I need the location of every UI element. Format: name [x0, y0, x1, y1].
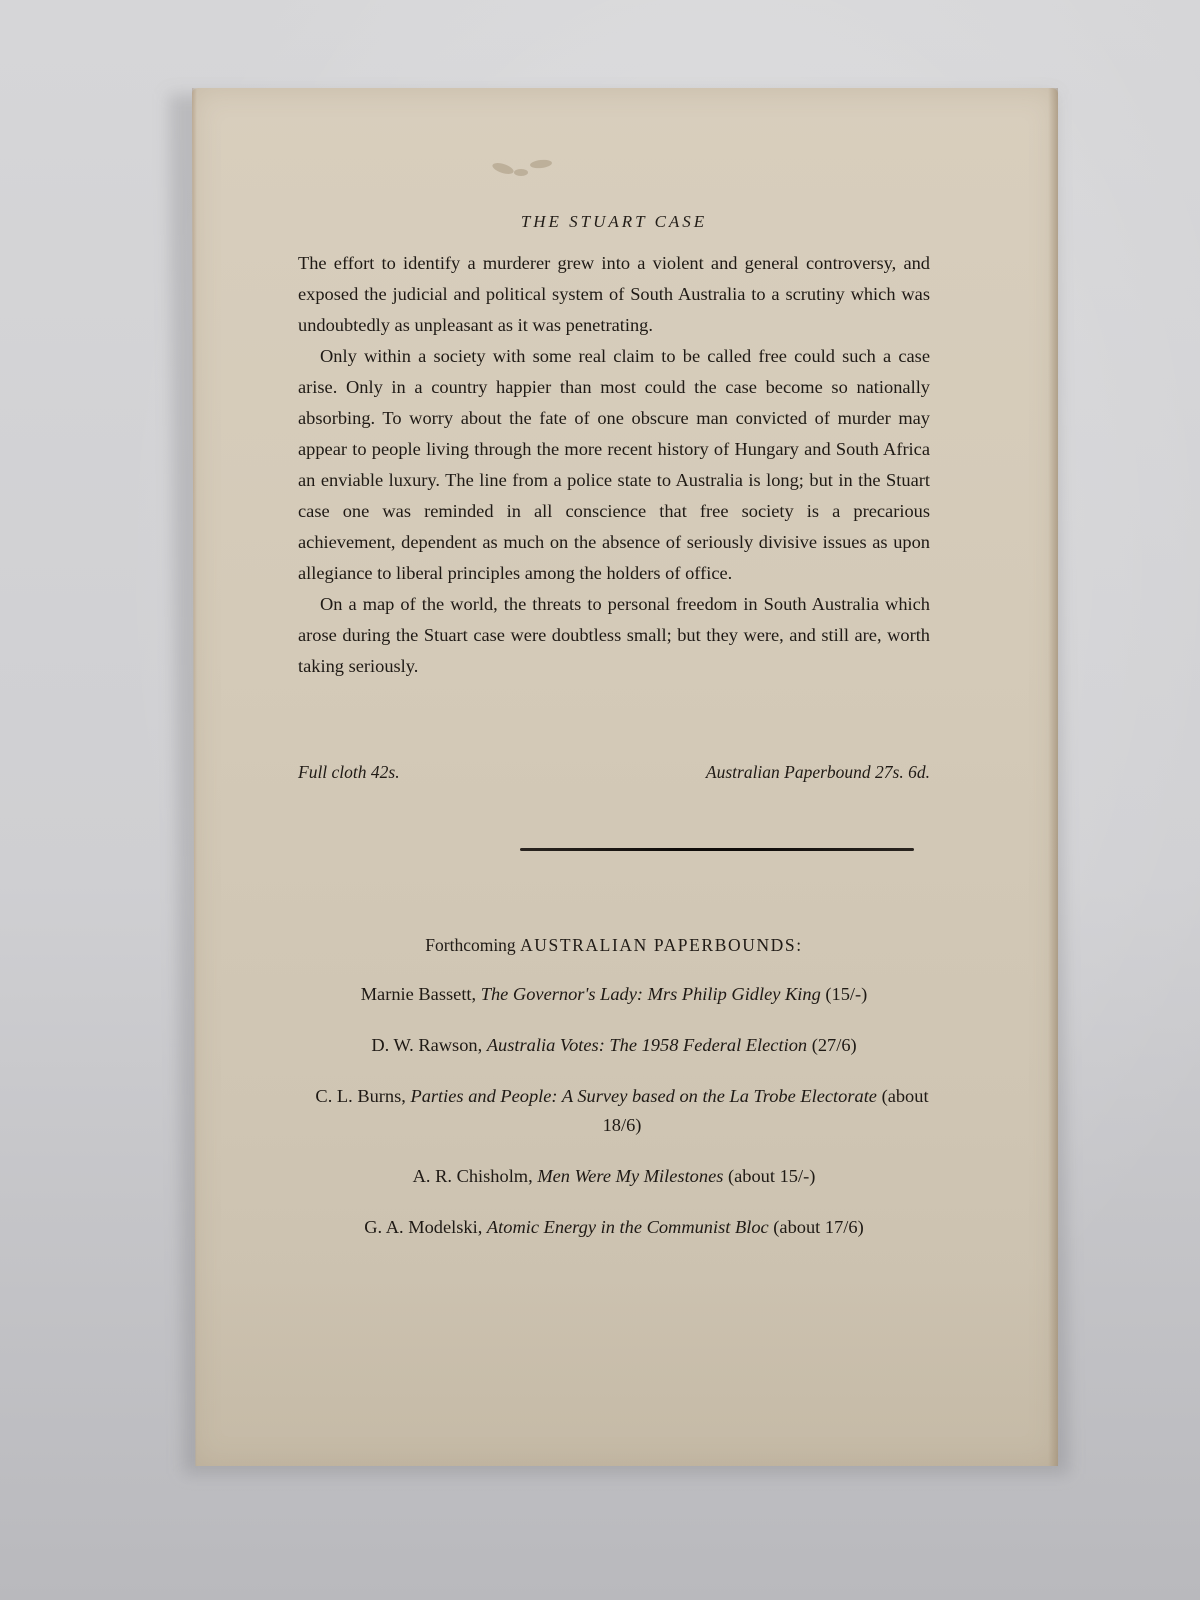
book-title: Australia Votes: The 1958 Federal Electi… [487, 1035, 807, 1055]
book-author: Marnie Bassett, [361, 984, 476, 1004]
forthcoming-heading: Forthcoming AUSTRALIAN PAPERBOUNDS: [298, 935, 930, 956]
list-item: A. R. Chisholm, Men Were My Milestones (… [284, 1162, 944, 1191]
stain-marks [492, 158, 562, 180]
book-title-heading: THE STUART CASE [298, 212, 930, 232]
book-title: Parties and People: A Survey based on th… [410, 1086, 877, 1106]
book-author: G. A. Modelski, [364, 1217, 482, 1237]
series-name: AUSTRALIAN PAPERBOUNDS: [520, 935, 803, 955]
forthcoming-list: Marnie Bassett, The Governor's Lady: Mrs… [284, 980, 944, 1264]
blurb: The effort to identify a murderer grew i… [298, 248, 930, 682]
book-price: (about 15/-) [728, 1166, 815, 1186]
book-price: (27/6) [812, 1035, 857, 1055]
book-author: C. L. Burns, [315, 1086, 405, 1106]
price-paperbound: Australian Paperbound 27s. 6d. [706, 762, 930, 783]
book-author: D. W. Rawson, [371, 1035, 482, 1055]
book-price: (about 17/6) [773, 1217, 863, 1237]
list-item: G. A. Modelski, Atomic Energy in the Com… [284, 1213, 944, 1242]
cover-shading [192, 1266, 1058, 1466]
forthcoming-prefix: Forthcoming [425, 935, 515, 955]
list-item: C. L. Burns, Parties and People: A Surve… [284, 1082, 944, 1140]
book-price: (15/-) [825, 984, 867, 1004]
price-cloth: Full cloth 42s. [298, 762, 400, 783]
blurb-paragraph: The effort to identify a murderer grew i… [298, 248, 930, 341]
list-item: Marnie Bassett, The Governor's Lady: Mrs… [284, 980, 944, 1009]
book-title: Atomic Energy in the Communist Bloc [487, 1217, 769, 1237]
cover-edge-right [1048, 88, 1058, 1466]
list-item: D. W. Rawson, Australia Votes: The 1958 … [284, 1031, 944, 1060]
divider-rule [520, 848, 914, 851]
book-back-cover: THE STUART CASE The effort to identify a… [192, 88, 1058, 1466]
book-author: A. R. Chisholm, [413, 1166, 533, 1186]
blurb-paragraph: Only within a society with some real cla… [298, 341, 930, 589]
blurb-paragraph: On a map of the world, the threats to pe… [298, 589, 930, 682]
price-line: Full cloth 42s. Australian Paperbound 27… [298, 762, 930, 783]
book-title: The Governor's Lady: Mrs Philip Gidley K… [481, 984, 821, 1004]
book-title: Men Were My Milestones [537, 1166, 723, 1186]
